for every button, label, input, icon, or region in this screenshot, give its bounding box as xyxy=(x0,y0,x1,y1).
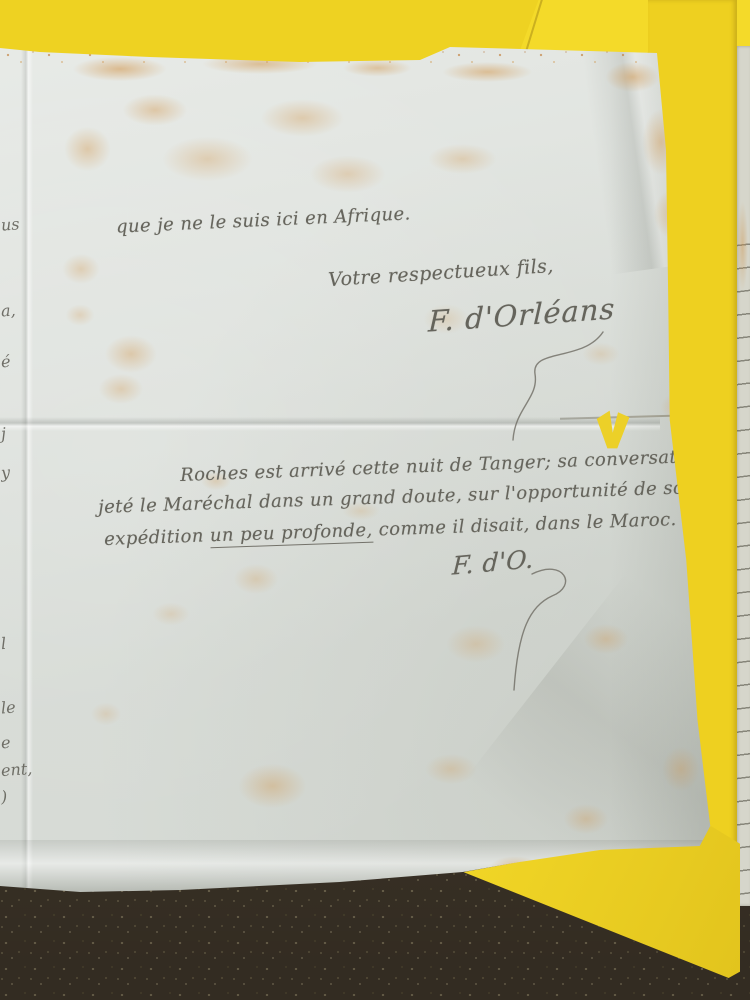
edge-fragment: y xyxy=(0,463,10,483)
signature-flourish xyxy=(455,322,625,447)
foxing-stain xyxy=(655,738,707,800)
foxing-stain xyxy=(55,118,120,180)
foxing-stain xyxy=(145,598,197,630)
postscript-line-3-pre: expédition xyxy=(104,525,210,550)
edge-fragment: ent, xyxy=(0,759,33,780)
adjacent-page-sliver xyxy=(735,46,750,906)
foxing-stain xyxy=(295,148,400,200)
edge-fragment: us xyxy=(0,214,20,234)
photo-scene: que je ne le suis ici en Afrique. Votre … xyxy=(0,0,750,1000)
initials-flourish xyxy=(440,560,610,700)
foxing-stain xyxy=(415,138,510,180)
foxing-stain xyxy=(85,698,127,730)
edge-fragment: le xyxy=(0,698,16,718)
edge-fragment: é xyxy=(0,352,11,372)
foxing-stain xyxy=(55,248,107,290)
letter-body-line: que je ne le suis ici en Afrique. xyxy=(116,203,411,237)
edge-fragment: l xyxy=(0,634,6,653)
edge-fragment: a, xyxy=(0,301,16,321)
foxing-stain xyxy=(90,368,152,410)
edge-fragment: e xyxy=(0,733,11,753)
foxing-stain xyxy=(555,798,617,840)
foxing-stain xyxy=(225,755,320,817)
edge-fragment: ) xyxy=(0,787,8,806)
foxing-stain xyxy=(415,748,487,790)
foxing-stain xyxy=(245,92,360,144)
postscript-underlined-phrase: un peu profonde, xyxy=(210,520,373,549)
foxing-stain xyxy=(425,58,550,86)
foxing-stain xyxy=(110,88,200,132)
foxing-stain xyxy=(145,128,270,190)
letter-closing: Votre respectueux fils, xyxy=(328,255,555,291)
postscript-line-3: expédition un peu profonde, comme il dis… xyxy=(104,509,677,550)
foxing-stain xyxy=(60,300,100,330)
foxing-stain xyxy=(225,558,287,600)
